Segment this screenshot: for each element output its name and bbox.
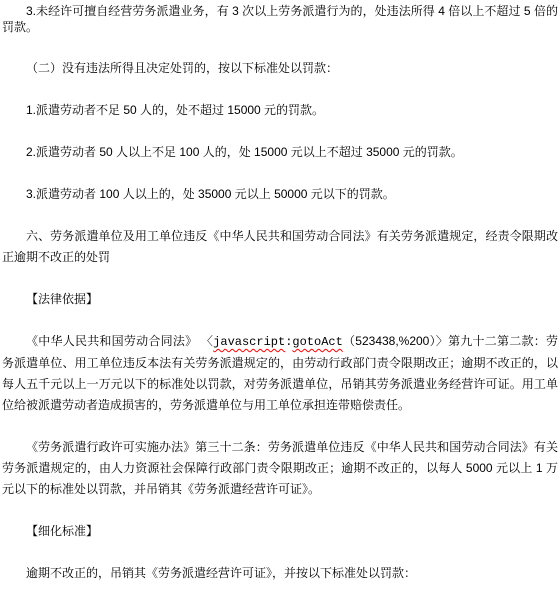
list-item-fine-tier-1: 1.派遣劳动者不足 50 人的，处不超过 15000 元的罚款。	[2, 100, 558, 121]
paragraph-implementation-measures: 《劳务派遣行政许可实施办法》第三十二条：劳务派遣单位违反《中华人民共和国劳动合同…	[2, 437, 558, 500]
section-heading-six: 六、劳务派遣单位及用工单位违反《中华人民共和国劳动合同法》有关劳务派遣规定，经责…	[2, 226, 558, 268]
label-legal-basis: 【法律依据】	[2, 289, 558, 310]
law-citation-text: 《中华人民共和国劳动合同法》 〈	[26, 334, 213, 348]
paragraph-overdue-revoke-license: 逾期不改正的，吊销其《劳务派遣经营许可证》，并按以下标准处以罚款：	[2, 563, 558, 584]
paragraph-labor-contract-law: 《中华人民共和国劳动合同法》 〈javascript:gotoAct（52343…	[2, 331, 558, 416]
javascript-link-fragment: javascript	[213, 335, 285, 349]
gotoact-link-fragment: gotoAct	[292, 335, 342, 349]
list-item-fine-tier-2: 2.派遣劳动者 50 人以上不足 100 人的，处 15000 元以上不超过 3…	[2, 142, 558, 163]
paragraph-no-illegal-gains-heading: （二）没有违法所得且决定处罚的，按以下标准处以罚款：	[2, 58, 558, 79]
list-item-fine-tier-3: 3.派遣劳动者 100 人以上的，处 35000 元以上 50000 元以下的罚…	[2, 184, 558, 205]
document-page: 3.未经许可擅自经营劳务派遣业务，有 3 次以上劳务派遣行为的，处违法所得 4 …	[0, 0, 560, 605]
label-refined-standards: 【细化标准】	[2, 521, 558, 542]
paragraph-unlicensed-dispatch-penalty: 3.未经许可擅自经营劳务派遣业务，有 3 次以上劳务派遣行为的，处违法所得 4 …	[2, 3, 558, 35]
